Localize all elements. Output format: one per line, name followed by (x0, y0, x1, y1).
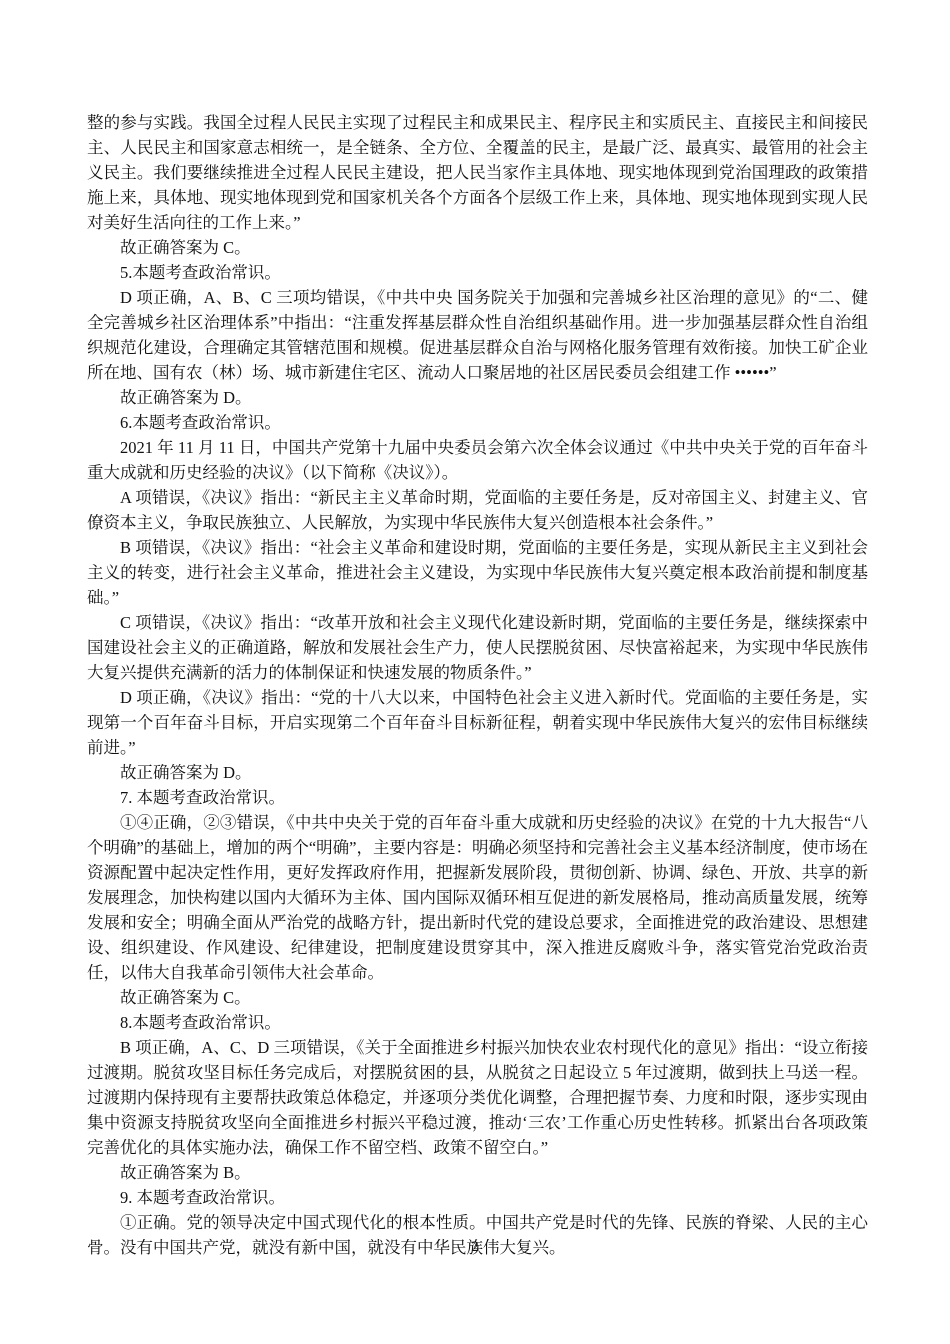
question-header-q8: 8.本题考查政治常识。 (87, 1010, 868, 1035)
question-header-q9: 9. 本题考查政治常识。 (87, 1185, 868, 1210)
answer-line-q6: 故正确答案为 D。 (87, 760, 868, 785)
page-number: 2 (471, 1239, 479, 1255)
answer-line-q8: 故正确答案为 B。 (87, 1160, 868, 1185)
explanation-q8: B 项正确，A、C、D 三项错误，《关于全面推进乡村振兴加快农业农村现代化的意见… (87, 1035, 868, 1160)
continuation-paragraph: 整的参与实践。我国全过程人民民主实现了过程民主和成果民主、程序民主和实质民主、直… (87, 110, 868, 235)
question-header-q7: 7. 本题考查政治常识。 (87, 785, 868, 810)
explanation-q5: D 项正确，A、B、C 三项均错误，《中共中央 国务院关于加强和完善城乡社区治理… (87, 285, 868, 385)
document-body: 整的参与实践。我国全过程人民民主实现了过程民主和成果民主、程序民主和实质民主、直… (87, 110, 868, 1260)
explanation-q7: ①④正确，②③错误，《中共中央关于党的百年奋斗重大成就和历史经验的决议》在党的十… (87, 810, 868, 985)
document-page: 整的参与实践。我国全过程人民民主实现了过程民主和成果民主、程序民主和实质民主、直… (0, 0, 950, 1344)
answer-line-q4: 故正确答案为 C。 (87, 235, 868, 260)
explanation-q6-intro: 2021 年 11 月 11 日，中国共产党第十九届中央委员会第六次全体会议通过… (87, 435, 868, 485)
question-header-q6: 6.本题考查政治常识。 (87, 410, 868, 435)
explanation-q6-option-a: A 项错误，《决议》指出：“新民主主义革命时期，党面临的主要任务是，反对帝国主义… (87, 485, 868, 535)
answer-line-q5: 故正确答案为 D。 (87, 385, 868, 410)
answer-line-q7: 故正确答案为 C。 (87, 985, 868, 1010)
question-header-q5: 5.本题考查政治常识。 (87, 260, 868, 285)
explanation-q6-option-c: C 项错误，《决议》指出：“改革开放和社会主义现代化建设新时期，党面临的主要任务… (87, 610, 868, 685)
page-footer: 2 (0, 1238, 950, 1256)
explanation-q6-option-b: B 项错误，《决议》指出：“社会主义革命和建设时期，党面临的主要任务是，实现从新… (87, 535, 868, 610)
explanation-q6-option-d: D 项正确，《决议》指出：“党的十八大以来，中国特色社会主义进入新时代。党面临的… (87, 685, 868, 760)
